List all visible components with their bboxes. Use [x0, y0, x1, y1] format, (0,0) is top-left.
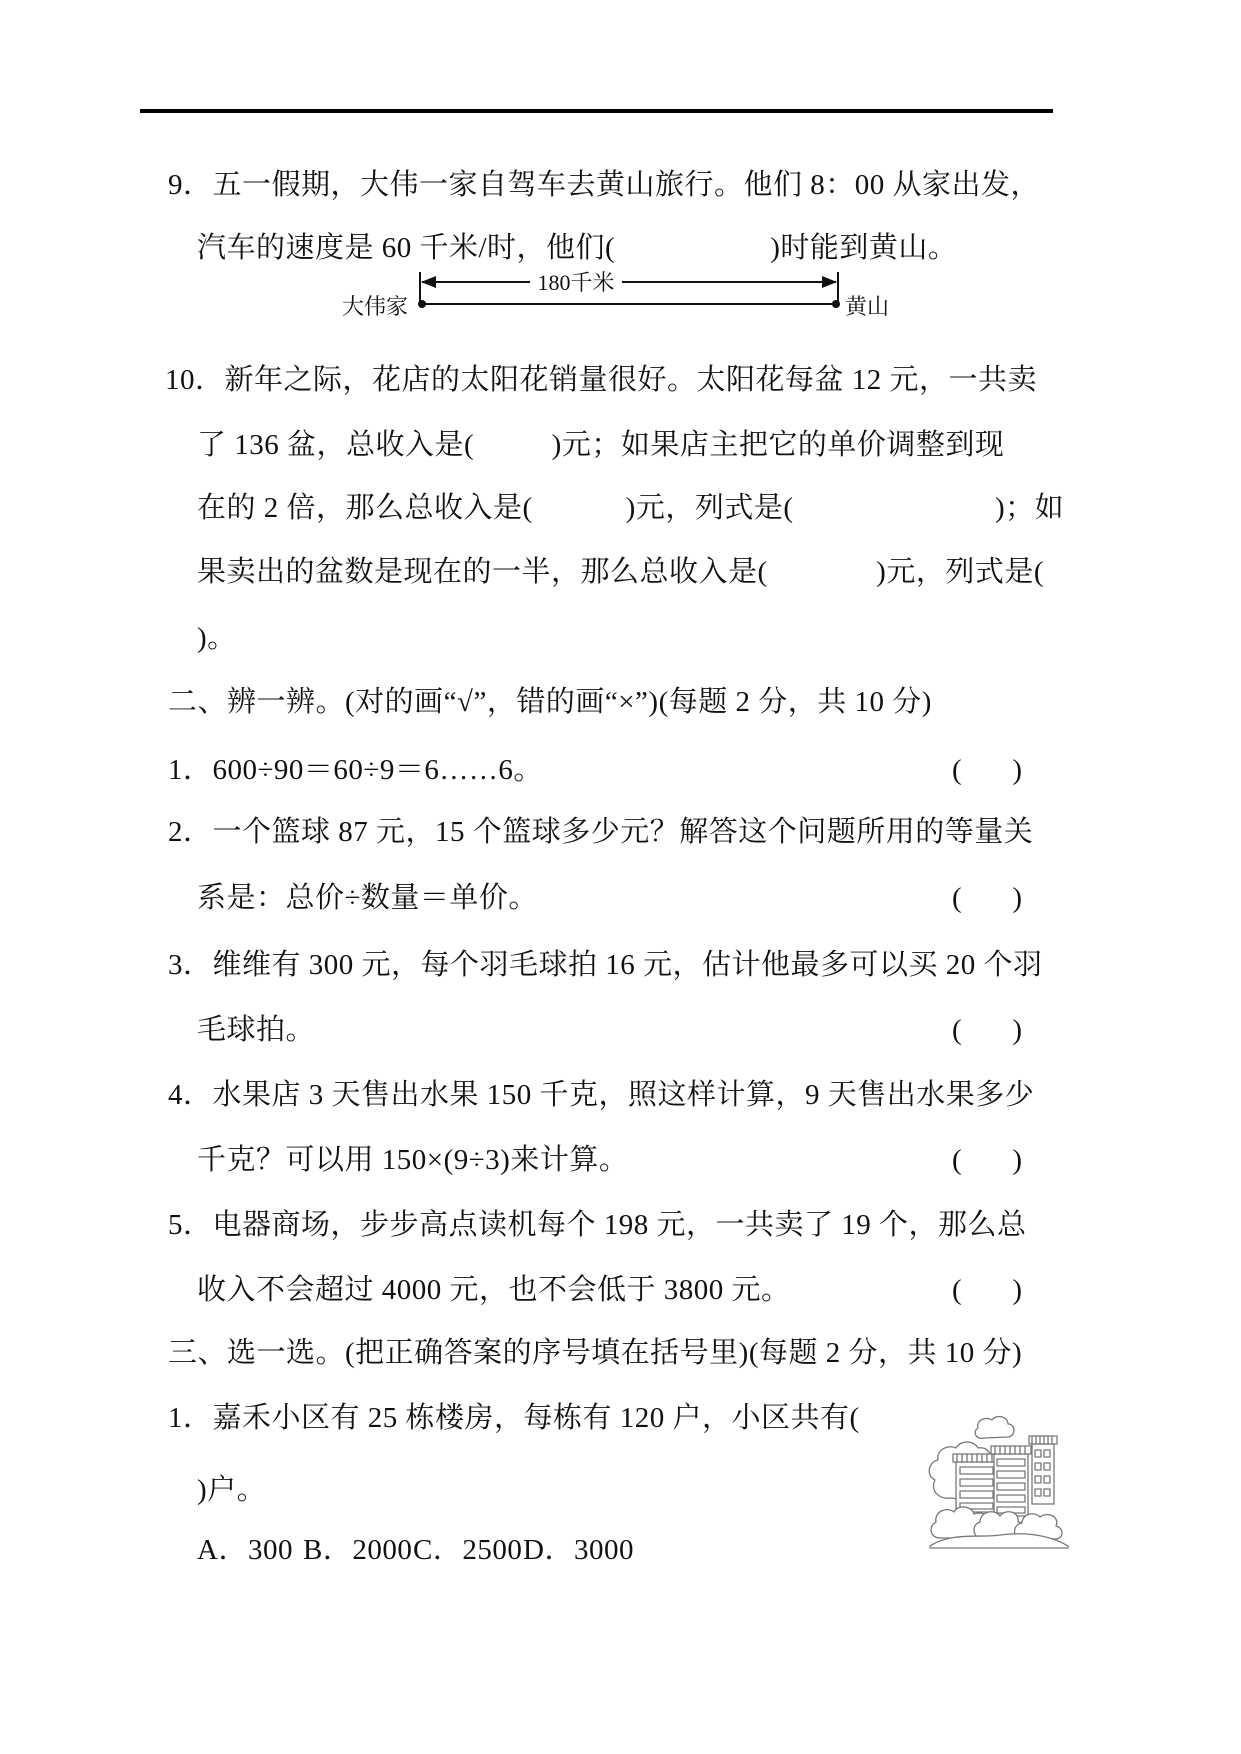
distance-label: 180千米	[537, 270, 614, 295]
tf-item-1-answer-bracket: ( )	[952, 750, 1022, 790]
tf-item-5-answer-bracket: ( )	[952, 1270, 1022, 1310]
choice-1-option-a: A．300	[197, 1530, 293, 1570]
building-1-window-row-1	[960, 1467, 993, 1474]
building-3-window-2	[1044, 1450, 1050, 1457]
section-two-title: 二、辨一辨。(对的画“√”，错的画“×”)(每题 2 分，共 10 分)	[168, 682, 932, 722]
building-3-window-7	[1035, 1489, 1041, 1496]
mountain-label: 黄山	[845, 294, 889, 319]
building-1-window-row-3	[960, 1491, 993, 1498]
question-10-line-1: 10．新年之际，花店的太阳花销量很好。太阳花每盆 12 元，一共卖	[165, 360, 1037, 400]
tf-item-3-line-2: 毛球拍。	[197, 1010, 315, 1050]
question-10-line-5: )。	[197, 618, 237, 658]
tf-item-1-line-1: 1．600÷90＝60÷9＝6……6。	[168, 750, 543, 790]
question-10-line-3: 在的 2 倍，那么总收入是( )元，列式是( )；如	[197, 488, 1064, 528]
tf-item-5-line-2: 收入不会超过 4000 元，也不会低于 3800 元。	[197, 1270, 791, 1310]
choice-1-option-b: B．2000	[303, 1530, 412, 1570]
choice-1-option-c: C．2500	[413, 1530, 522, 1570]
choice-1-line-1: 1．嘉禾小区有 25 栋楼房，每栋有 120 户，小区共有(	[168, 1398, 860, 1438]
question-10-line-2: 了 136 盆，总收入是( )元；如果店主把它的单价调整到现	[197, 425, 1004, 465]
right-endpoint-dot	[832, 300, 840, 308]
section-three-title: 三、选一选。(把正确答案的序号填在括号里)(每题 2 分，共 10 分)	[168, 1333, 1022, 1373]
worksheet-page: 9．五一假期，大伟一家自驾车去黄山旅行。他们 8：00 从家出发， 汽车的速度是…	[0, 0, 1241, 1754]
home-label: 大伟家	[342, 294, 408, 319]
building-3-roof	[1029, 1436, 1057, 1444]
building-3-window-8	[1044, 1489, 1050, 1496]
building-3-window-3	[1035, 1463, 1041, 1470]
building-2-roof-hatch	[995, 1446, 1025, 1454]
tf-item-4-answer-bracket: ( )	[952, 1140, 1022, 1180]
tf-item-2-line-1: 2．一个篮球 87 元，15 个篮球多少元？解答这个问题所用的等量关	[168, 812, 1033, 852]
tf-item-5-line-1: 5．电器商场，步步高点读机每个 198 元，一共卖了 19 个，那么总	[168, 1205, 1027, 1245]
cloud	[975, 1417, 1014, 1439]
building-2-window-row-1	[997, 1459, 1025, 1466]
distance-diagram: 180千米 大伟家 黄山	[330, 262, 910, 326]
left-arrowhead-icon	[421, 276, 436, 288]
left-endpoint-dot	[418, 300, 426, 308]
building-2-window-row-2	[997, 1471, 1025, 1478]
buildings-illustration	[922, 1406, 1077, 1556]
choice-1-option-d: D．3000	[523, 1530, 634, 1570]
building-2-window-row-3	[997, 1483, 1025, 1490]
tf-item-2-line-2: 系是：总价÷数量＝单价。	[197, 878, 538, 918]
tf-item-4-line-1: 4．水果店 3 天售出水果 150 千克，照这样计算，9 天售出水果多少	[168, 1075, 1034, 1115]
tf-item-4-line-2: 千克？可以用 150×(9÷3)来计算。	[197, 1140, 628, 1180]
choice-1-line-2: )户。	[197, 1470, 266, 1510]
building-3-window-5	[1035, 1476, 1041, 1483]
right-arrowhead-icon	[822, 276, 837, 288]
question-10-line-4: 果卖出的盆数是现在的一半，那么总收入是( )元，列式是(	[197, 552, 1044, 592]
building-1-window-row-2	[960, 1479, 993, 1486]
building-3-window-1	[1035, 1450, 1041, 1457]
tf-item-2-answer-bracket: ( )	[952, 878, 1022, 918]
top-divider-rule	[140, 109, 1053, 113]
building-2-window-row-4	[997, 1495, 1025, 1502]
building-3-window-4	[1044, 1463, 1050, 1470]
building-3-window-6	[1044, 1476, 1050, 1483]
tf-item-3-answer-bracket: ( )	[952, 1010, 1022, 1050]
tf-item-3-line-1: 3．维维有 300 元，每个羽毛球拍 16 元，估计他最多可以买 20 个羽	[168, 945, 1043, 985]
question-9-line-1: 9．五一假期，大伟一家自驾车去黄山旅行。他们 8：00 从家出发，	[168, 165, 1040, 205]
